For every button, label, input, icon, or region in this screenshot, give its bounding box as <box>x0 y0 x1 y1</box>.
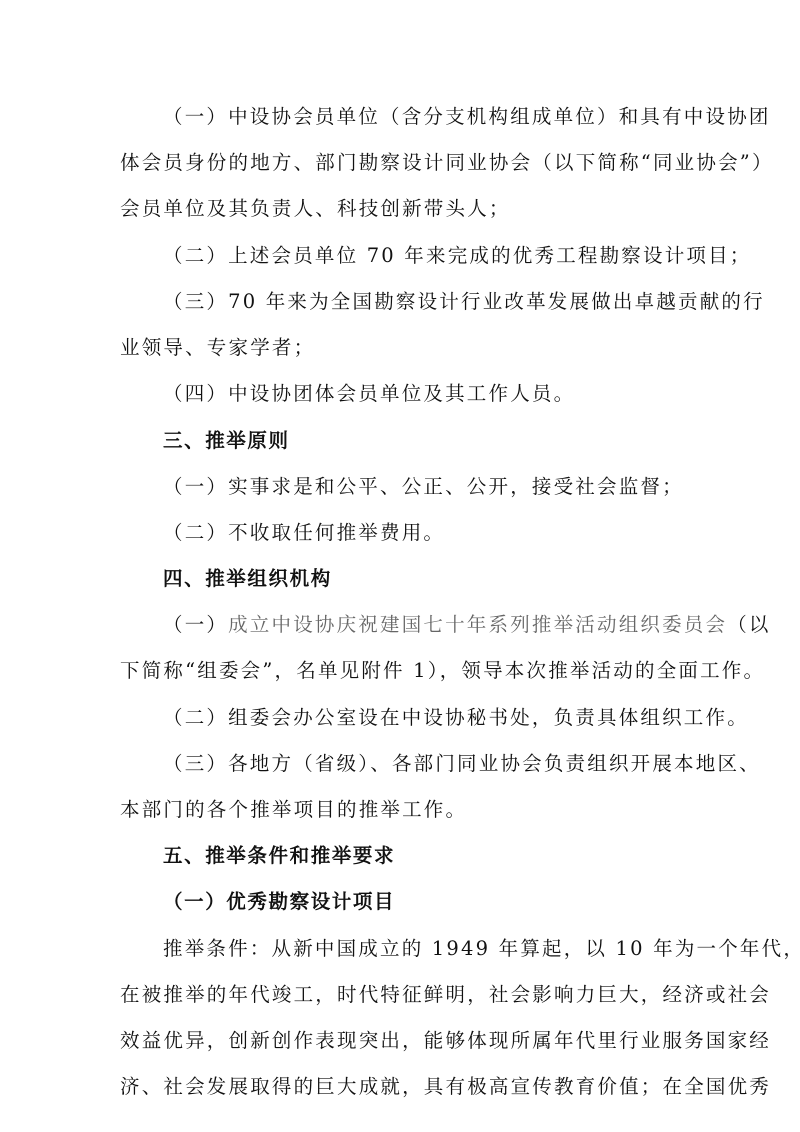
section-heading: 四、推举组织机构 <box>163 566 332 592</box>
paragraph-line: （三）70 年来为全国勘察设计行业改革发展做出卓越贡献的行 <box>163 289 765 315</box>
paragraph-line: （二）上述会员单位 70 年来完成的优秀工程勘察设计项目； <box>163 243 752 269</box>
paragraph-line: 业领导、专家学者； <box>120 335 315 361</box>
subsection-heading: （一）优秀勘察设计项目 <box>163 889 395 915</box>
paragraph-line: 下简称“组委会”，名单见附件 1），领导本次推举活动的全面工作。 <box>120 658 765 684</box>
document-page: （一）中设协会员单位（含分支机构组成单位）和具有中设协团 体会员身份的地方、部门… <box>0 0 800 1132</box>
paragraph-line: （一）中设协会员单位（含分支机构组成单位）和具有中设协团 <box>163 104 771 130</box>
paragraph-line: （三）各地方（省级）、各部门同业协会负责组织开展本地区、 <box>163 751 761 777</box>
paragraph-line: （一）实事求是和公平、公正、公开，接受社会监督； <box>163 474 684 500</box>
section-heading: 三、推举原则 <box>163 428 290 454</box>
paragraph-line: （四）中设协团体会员单位及其工作人员。 <box>163 381 575 407</box>
item-prefix: （一） <box>163 613 228 636</box>
paragraph-line: 在被推举的年代竣工，时代特征鲜明，社会影响力巨大，经济或社会 <box>120 982 771 1008</box>
paragraph-line: 体会员身份的地方、部门勘察设计同业协会（以下简称“同业协会”） <box>120 150 774 176</box>
paragraph-line: （二）不收取任何推举费用。 <box>163 520 445 546</box>
item-suffix: （以 <box>727 613 770 636</box>
paragraph-line: 推举条件：从新中国成立的 1949 年算起，以 10 年为一个年代， <box>163 936 800 962</box>
paragraph-line: 效益优异，创新创作表现突出，能够体现所属年代里行业服务国家经 <box>120 1028 771 1054</box>
paragraph-line: 会员单位及其负责人、科技创新带头人； <box>120 196 511 222</box>
paragraph-line: 济、社会发展取得的巨大成就，具有极高宣传教育价值；在全国优秀 <box>120 1074 771 1100</box>
paragraph-line: （一）成立中设协庆祝建国七十年系列推举活动组织委员会（以 <box>163 612 771 638</box>
section-heading: 五、推举条件和推举要求 <box>163 843 395 869</box>
paragraph-line: 本部门的各个推举项目的推举工作。 <box>120 797 467 823</box>
paragraph-line: （二）组委会办公室设在中设协秘书处，负责具体组织工作。 <box>163 705 749 731</box>
highlighted-text: 成立中设协庆祝建国七十年系列推举活动组织委员会 <box>228 613 727 636</box>
